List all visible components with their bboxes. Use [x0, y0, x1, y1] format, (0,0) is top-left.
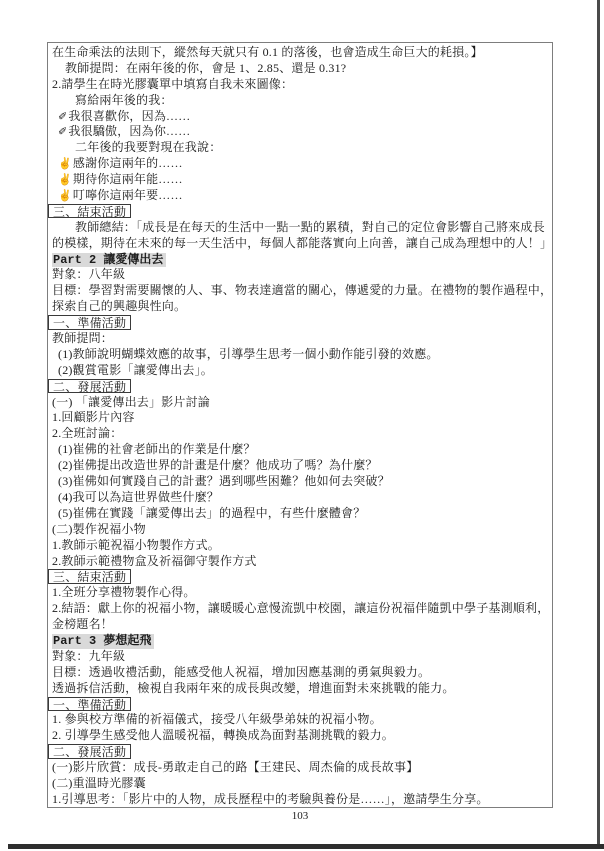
line-text: 透過拆信活動，檢視自我兩年來的成長與改變，增進面對未來挑戰的能力。 — [52, 681, 455, 695]
text-line: ✐我很喜歡你，因為…… — [48, 109, 552, 125]
text-line: 的模樣，期待在未來的每一天生活中，每個人都能落實向上向善，讓自己成為理想中的人！… — [48, 236, 552, 252]
line-text: Part 3 夢想起飛 — [53, 634, 151, 648]
text-line: 在生命乘法的法則下，縱然每天就只有 0.1 的落後，也會造成生命巨大的耗損。】 — [48, 45, 552, 61]
text-line: 2. 引導學生感受他人溫暖祝福，轉換成為面對基測挑戰的毅力。 — [48, 728, 552, 744]
line-text: 目標：學習對需要關懷的人、事、物表達適當的關心，傳遞愛的力量。在禮物的製作過程中… — [52, 283, 552, 297]
document-page: 在生命乘法的法則下，縱然每天就只有 0.1 的落後，也會造成生命巨大的耗損。】教… — [0, 0, 604, 851]
text-line: 1.引導思考：「影片中的人物，成長歷程中的考驗與養份是……」，邀請學生分享。 — [48, 792, 552, 808]
line-text: 1.引導思考：「影片中的人物，成長歷程中的考驗與養份是……」，邀請學生分享。 — [52, 792, 489, 806]
text-line: 對象：八年級 — [48, 267, 552, 283]
text-line: 目標：透過收禮活動，能感受他人祝福，增加因應基測的勇氣與毅力。 — [48, 665, 552, 681]
text-line: ✌期待你這兩年能…… — [48, 172, 552, 188]
text-line: (二)重溫時光膠囊 — [48, 776, 552, 792]
text-line: 2.教師示範禮物盒及祈福御守製作方式 — [48, 554, 552, 570]
line-text: 教師提問： — [52, 331, 113, 345]
text-line: (5)崔佛在實踐「讓愛傳出去」的過程中，有些什麼體會？ — [48, 506, 552, 522]
document-content-box: 在生命乘法的法則下，縱然每天就只有 0.1 的落後，也會造成生命巨大的耗損。】教… — [47, 42, 553, 808]
text-line: 三、結束活動 — [48, 204, 552, 220]
text-line: 1. 參與校方準備的祈福儀式，接受八年級學弟妹的祝福小物。 — [48, 712, 552, 728]
section-heading: 三、結束活動 — [48, 204, 131, 219]
text-line: 探索自己的興趣與性向。 — [48, 299, 552, 315]
text-line: 一、準備活動 — [48, 697, 552, 713]
line-text: 2.全班討論： — [52, 426, 122, 440]
line-text: 2.教師示範禮物盒及祈福御守製作方式 — [52, 554, 257, 568]
text-line: (1)崔佛的社會老師出的作業是什麼？ — [48, 442, 552, 458]
line-text: 金榜題名！ — [52, 617, 113, 631]
text-line: 透過拆信活動，檢視自我兩年來的成長與改變，增進面對未來挑戰的能力。 — [48, 681, 552, 697]
text-line: (3)崔佛如何實踐自己的計畫？遇到哪些困難？他如何去突破？ — [48, 474, 552, 490]
line-text: 1.教師示範祝福小物製作方式。 — [52, 538, 220, 552]
text-line: 2.結語：獻上你的祝福小物，讓暖暖心意慢流凱中校園，讓這份祝福伴隨凱中學子基測順… — [48, 601, 552, 617]
line-text: (二)重溫時光膠囊 — [52, 776, 146, 790]
line-text: 2. 引導學生感受他人溫暖祝福，轉換成為面對基測挑戰的毅力。 — [52, 728, 394, 742]
text-line: (2)觀賞電影「讓愛傳出去」。 — [48, 363, 552, 379]
line-text: (二)製作祝福小物 — [52, 522, 146, 536]
pencil-icon: ✐ — [58, 125, 67, 140]
document-lines: 在生命乘法的法則下，縱然每天就只有 0.1 的落後，也會造成生命巨大的耗損。】教… — [48, 45, 552, 808]
page-number: 103 — [47, 810, 553, 822]
line-text: Part 2 讓愛傳出去 — [53, 253, 163, 267]
text-line: (2)崔佛提出改造世界的計畫是什麼？他成功了嗎？為什麼？ — [48, 458, 552, 474]
section-heading: 一、準備活動 — [48, 697, 131, 712]
line-text: (一)影片欣賞：成長-勇敢走自己的路【王建民、周杰倫的成長故事】 — [52, 760, 418, 774]
text-line: (4)我可以為這世界做些什麼？ — [48, 490, 552, 506]
text-line: 三、結束活動 — [48, 569, 552, 585]
line-text: 寫給兩年後的我： — [75, 93, 173, 107]
text-line: (二)製作祝福小物 — [48, 522, 552, 538]
line-text: 2.請學生在時光膠囊單中填寫自我未來圖像： — [52, 77, 293, 91]
line-text: 1.全班分享禮物製作心得。 — [52, 585, 196, 599]
text-line: (一) 「讓愛傳出去」影片討論 — [48, 395, 552, 411]
line-text: 教師提問：在兩年後的你，會是 1、2.85、還是 0.31? — [65, 61, 346, 75]
line-text: 感謝你這兩年的…… — [73, 156, 183, 170]
text-line: 2.全班討論： — [48, 426, 552, 442]
section-heading: 三、結束活動 — [48, 569, 131, 584]
line-text: 二、發展活動 — [53, 745, 126, 759]
line-text: 二年後的我要對現在我說： — [75, 140, 221, 154]
line-text: 探索自己的興趣與性向。 — [52, 299, 186, 313]
text-line: Part 3 夢想起飛 — [48, 633, 552, 649]
line-text: 2.結語：獻上你的祝福小物，讓暖暖心意慢流凱中校園，讓這份祝福伴隨凱中學子基測順… — [52, 601, 549, 615]
section-heading: 一、準備活動 — [48, 315, 131, 330]
scan-edge-shadow-right — [597, 0, 600, 846]
part-heading: Part 3 夢想起飛 — [52, 634, 154, 649]
line-text: (1)教師說明蝴蝶效應的故事，引導學生思考一個小動作能引發的效應。 — [58, 347, 439, 361]
line-text: (3)崔佛如何實踐自己的計畫？遇到哪些困難？他如何去突破？ — [58, 474, 390, 488]
line-text: 在生命乘法的法則下，縱然每天就只有 0.1 的落後，也會造成生命巨大的耗損。】 — [52, 45, 483, 59]
line-text: 期待你這兩年能…… — [73, 172, 183, 186]
text-line: 對象：九年級 — [48, 649, 552, 665]
section-heading: 二、發展活動 — [48, 744, 131, 759]
text-line: 目標：學習對需要關懷的人、事、物表達適當的關心，傳遞愛的力量。在禮物的製作過程中… — [48, 283, 552, 299]
text-line: 教師提問： — [48, 331, 552, 347]
text-line: Part 2 讓愛傳出去 — [48, 252, 552, 268]
line-text: (2)崔佛提出改造世界的計畫是什麼？他成功了嗎？為什麼？ — [58, 458, 378, 472]
line-text: (1)崔佛的社會老師出的作業是什麼？ — [58, 442, 256, 456]
scan-edge-shadow-bottom — [8, 844, 604, 849]
text-line: ✌叮嚀你這兩年要…… — [48, 188, 552, 204]
line-text: 對象：八年級 — [52, 267, 125, 281]
line-text: (2)觀賞電影「讓愛傳出去」。 — [58, 363, 213, 377]
line-text: 一、準備活動 — [53, 698, 126, 712]
text-line: 教師提問：在兩年後的你，會是 1、2.85、還是 0.31? — [48, 61, 552, 77]
text-line: 金榜題名！ — [48, 617, 552, 633]
line-text: 三、結束活動 — [53, 205, 126, 219]
text-line: 二年後的我要對現在我說： — [48, 140, 552, 156]
line-text: 1. 參與校方準備的祈福儀式，接受八年級學弟妹的祝福小物。 — [52, 712, 382, 726]
text-line: ✐我很驕傲，因為你…… — [48, 124, 552, 140]
text-line: 二、發展活動 — [48, 744, 552, 760]
hand-icon: ✌ — [58, 157, 72, 172]
line-text: 的模樣，期待在未來的每一天生活中，每個人都能落實向上向善，讓自己成為理想中的人！… — [52, 236, 552, 250]
line-text: 目標：透過收禮活動，能感受他人祝福，增加因應基測的勇氣與毅力。 — [52, 665, 430, 679]
line-text: (4)我可以為這世界做些什麼？ — [58, 490, 219, 504]
line-text: 一、準備活動 — [53, 316, 126, 330]
line-text: 我很驕傲，因為你…… — [68, 124, 190, 138]
part-heading: Part 2 讓愛傳出去 — [52, 253, 166, 268]
line-text: 我很喜歡你，因為…… — [68, 109, 190, 123]
line-text: 1.回顧影片內容 — [52, 410, 135, 424]
text-line: 2.請學生在時光膠囊單中填寫自我未來圖像： — [48, 77, 552, 93]
text-line: ✌感謝你這兩年的…… — [48, 156, 552, 172]
line-text: 叮嚀你這兩年要…… — [73, 188, 183, 202]
line-text: 教師總結：「成長是在每天的生活中一點一點的累積，對自己的定位會影響自己將來成長 — [75, 220, 545, 234]
line-text: (一) 「讓愛傳出去」影片討論 — [52, 395, 210, 409]
text-line: 1.教師示範祝福小物製作方式。 — [48, 538, 552, 554]
text-line: (1)教師說明蝴蝶效應的故事，引導學生思考一個小動作能引發的效應。 — [48, 347, 552, 363]
text-line: 教師總結：「成長是在每天的生活中一點一點的累積，對自己的定位會影響自己將來成長 — [48, 220, 552, 236]
text-line: 一、準備活動 — [48, 315, 552, 331]
text-line: 1.回顧影片內容 — [48, 410, 552, 426]
hand-icon: ✌ — [58, 173, 72, 188]
text-line: 1.全班分享禮物製作心得。 — [48, 585, 552, 601]
text-line: 寫給兩年後的我： — [48, 93, 552, 109]
text-line: (一)影片欣賞：成長-勇敢走自己的路【王建民、周杰倫的成長故事】 — [48, 760, 552, 776]
line-text: 二、發展活動 — [53, 380, 126, 394]
pencil-icon: ✐ — [58, 110, 67, 125]
line-text: (5)崔佛在實踐「讓愛傳出去」的過程中，有些什麼體會？ — [58, 506, 365, 520]
line-text: 對象：九年級 — [52, 649, 125, 663]
line-text: 三、結束活動 — [53, 570, 126, 584]
hand-icon: ✌ — [58, 189, 72, 204]
section-heading: 二、發展活動 — [48, 379, 131, 394]
text-line: 二、發展活動 — [48, 379, 552, 395]
